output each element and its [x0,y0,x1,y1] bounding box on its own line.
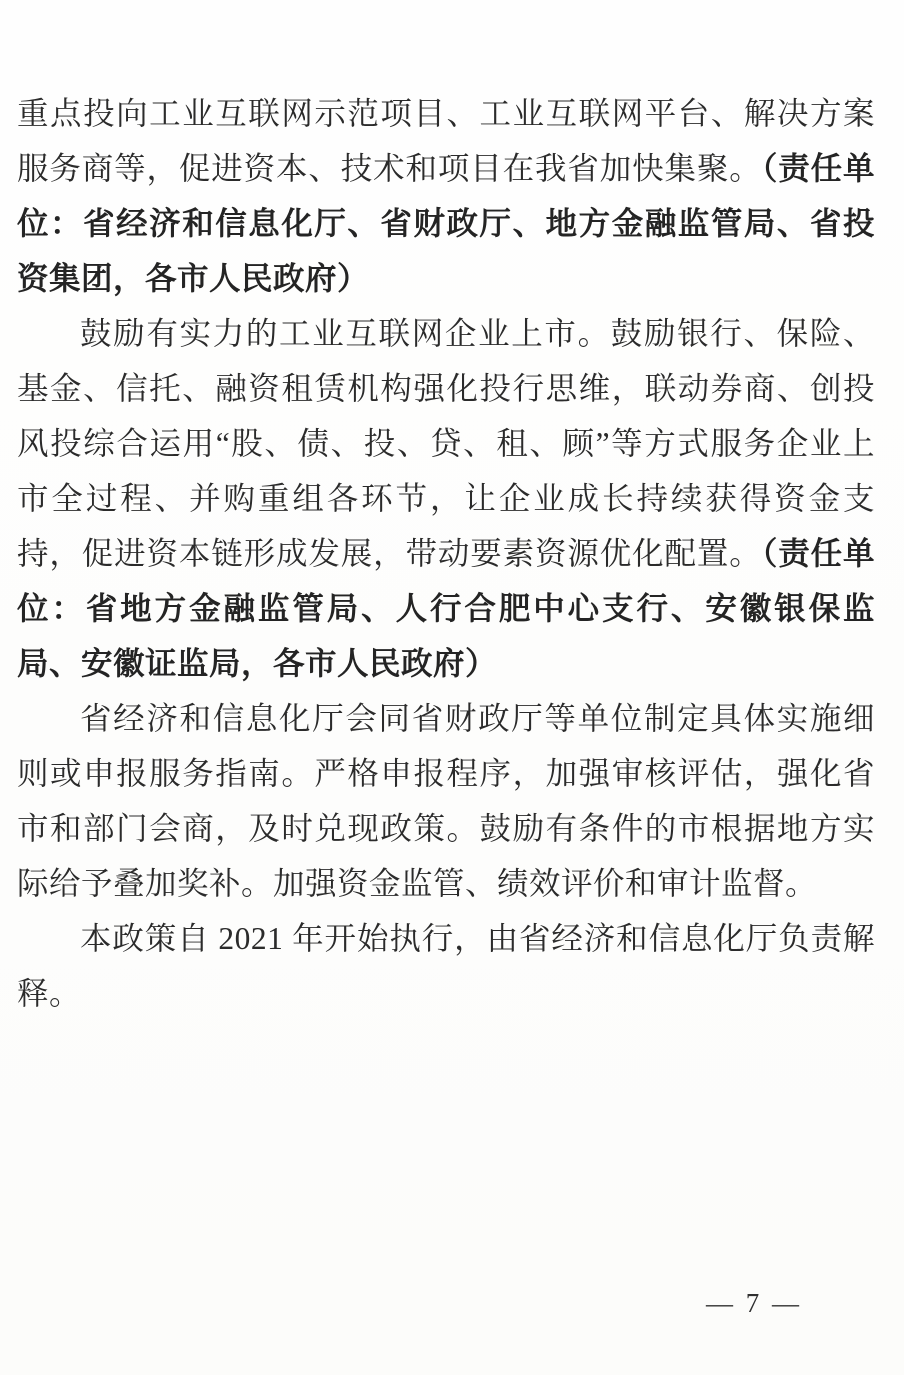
paragraph-4: 本政策自 2021 年开始执行，由省经济和信息化厅负责解释。 [17,911,875,1021]
paragraph-3: 省经济和信息化厅会同省财政厅等单位制定具体实施细则或申报服务指南。严格申报程序，… [17,691,875,911]
paragraph-2-body-text: 鼓励有实力的工业互联网企业上市。鼓励银行、保险、基金、信托、融资租赁机构强化投行… [17,316,875,571]
paragraph-1-body-text: 重点投向工业互联网示范项目、工业互联网平台、解决方案服务商等，促进资本、技术和项… [17,96,875,186]
paragraph-3-body-text: 省经济和信息化厅会同省财政厅等单位制定具体实施细则或申报服务指南。严格申报程序，… [17,701,875,901]
paragraph-1: 重点投向工业互联网示范项目、工业互联网平台、解决方案服务商等，促进资本、技术和项… [17,86,875,306]
page-number: — 7 — [706,1288,802,1318]
paragraph-4-body-text: 本政策自 2021 年开始执行，由省经济和信息化厅负责解释。 [17,921,875,1011]
document-page: 重点投向工业互联网示范项目、工业互联网平台、解决方案服务商等，促进资本、技术和项… [0,0,904,1375]
document-body: 重点投向工业互联网示范项目、工业互联网平台、解决方案服务商等，促进资本、技术和项… [17,86,875,1021]
paragraph-2: 鼓励有实力的工业互联网企业上市。鼓励银行、保险、基金、信托、融资租赁机构强化投行… [17,306,875,691]
